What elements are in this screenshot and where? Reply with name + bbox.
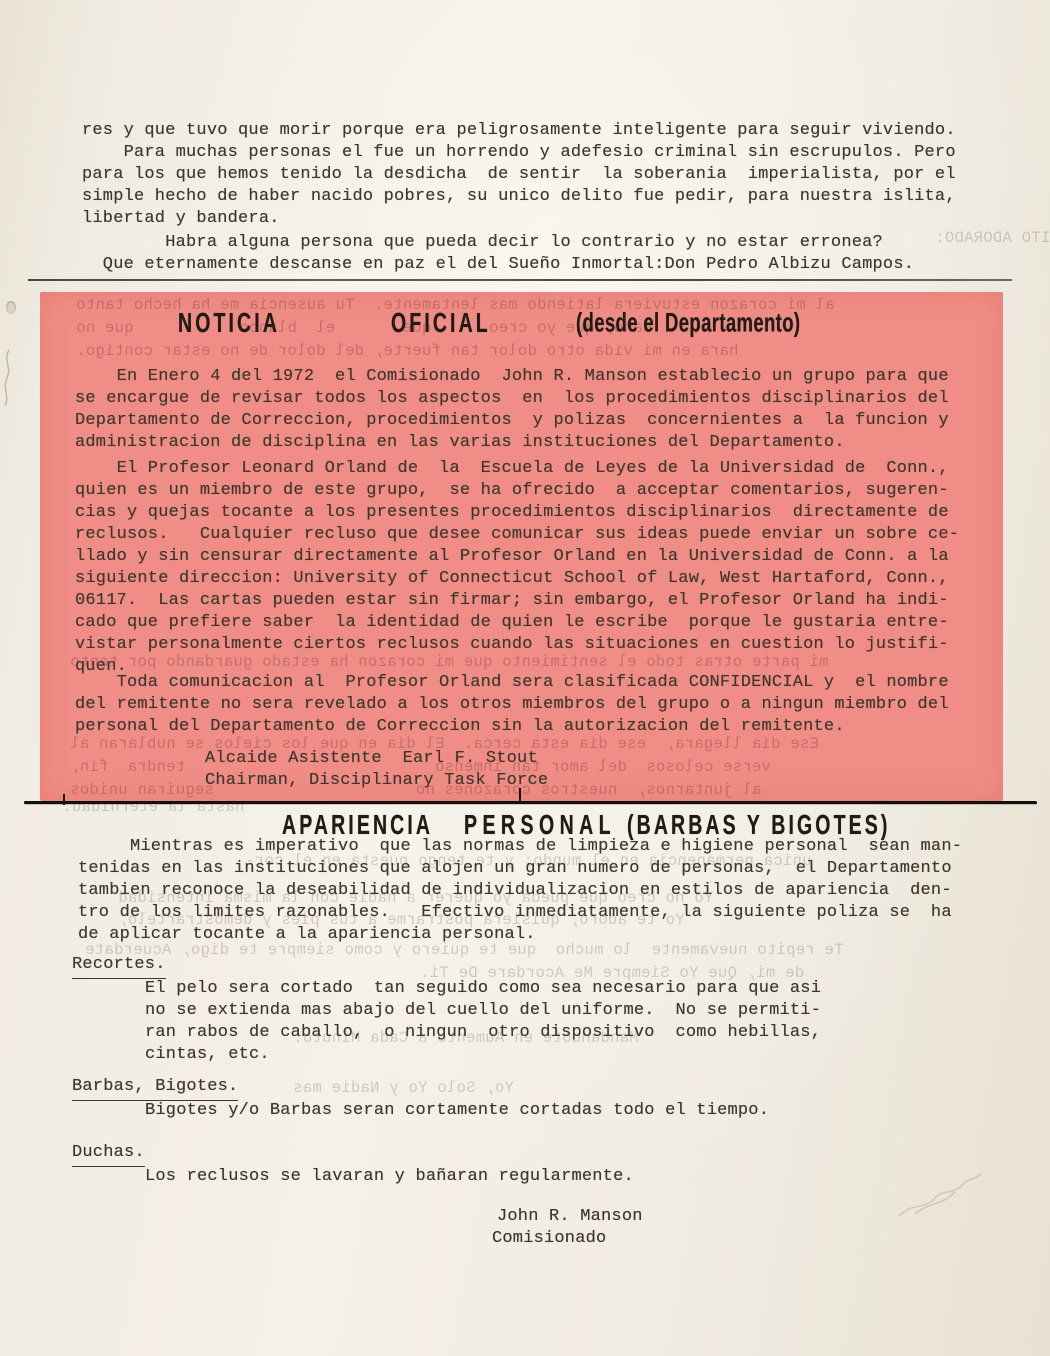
section-body-barbas-bigotes: Bigotes y/o Barbas seran cortamente cort… <box>145 1100 769 1122</box>
pen-tick <box>63 794 65 805</box>
notice-paragraph: Toda comunicacion al Profesor Orland ser… <box>75 672 949 738</box>
notice-title: OFICIAL <box>391 308 491 340</box>
notice-signature-title: Chairman, Disciplinary Task Force <box>205 770 548 792</box>
section-heading-barbas-bigotes: Barbas, Bigotes. <box>72 1076 238 1101</box>
appearance-intro-paragraph: Mientras es imperativo que las normas de… <box>78 836 962 946</box>
notice-paragraph: El Profesor Leonard Orland de la Escuela… <box>75 458 959 678</box>
notice-title: NOTICIA <box>178 308 280 340</box>
bleed-through-text: AMORCITO ADORADO: <box>935 228 1050 248</box>
punch-hole <box>6 301 16 314</box>
pencil-scribble <box>895 1172 985 1222</box>
paper-curl-mark <box>0 348 16 408</box>
notice-signature-name: Alcaide Asistente Earl F. Stout <box>205 748 538 770</box>
heavy-divider-line <box>24 801 1037 804</box>
notice-paragraph: En Enero 4 del 1972 el Comisionado John … <box>75 366 949 454</box>
underlined-heading: Duchas. <box>72 1142 145 1167</box>
scanned-document-page: AMORCITO ADORADO: Te repito nuevamente l… <box>0 0 1050 1356</box>
commissioner-signature-name: John R. Manson <box>497 1206 643 1228</box>
bleed-through-text: Yo, Solo Yo y Nadie mas <box>293 1078 514 1098</box>
underlined-heading: Barbas, Bigotes. <box>72 1076 238 1101</box>
underlined-heading: Recortes. <box>72 954 166 979</box>
section-heading-recortes: Recortes. <box>72 954 166 979</box>
intro-paragraph: res y que tuvo que morir porque era peli… <box>82 120 956 230</box>
notice-title-subtitle: (desde el Departamento) <box>576 308 800 339</box>
section-body-duchas: Los reclusos se lavaran y bañaran regula… <box>145 1166 634 1188</box>
section-body-recortes: El pelo sera cortado tan seguido como se… <box>145 978 821 1066</box>
section-heading-duchas: Duchas. <box>72 1142 145 1167</box>
pen-tick <box>519 788 521 803</box>
commissioner-signature-title: Comisionado <box>492 1228 606 1250</box>
intro-closing-lines: Habra alguna persona que pueda decir lo … <box>82 232 914 276</box>
divider-line <box>28 279 1012 281</box>
